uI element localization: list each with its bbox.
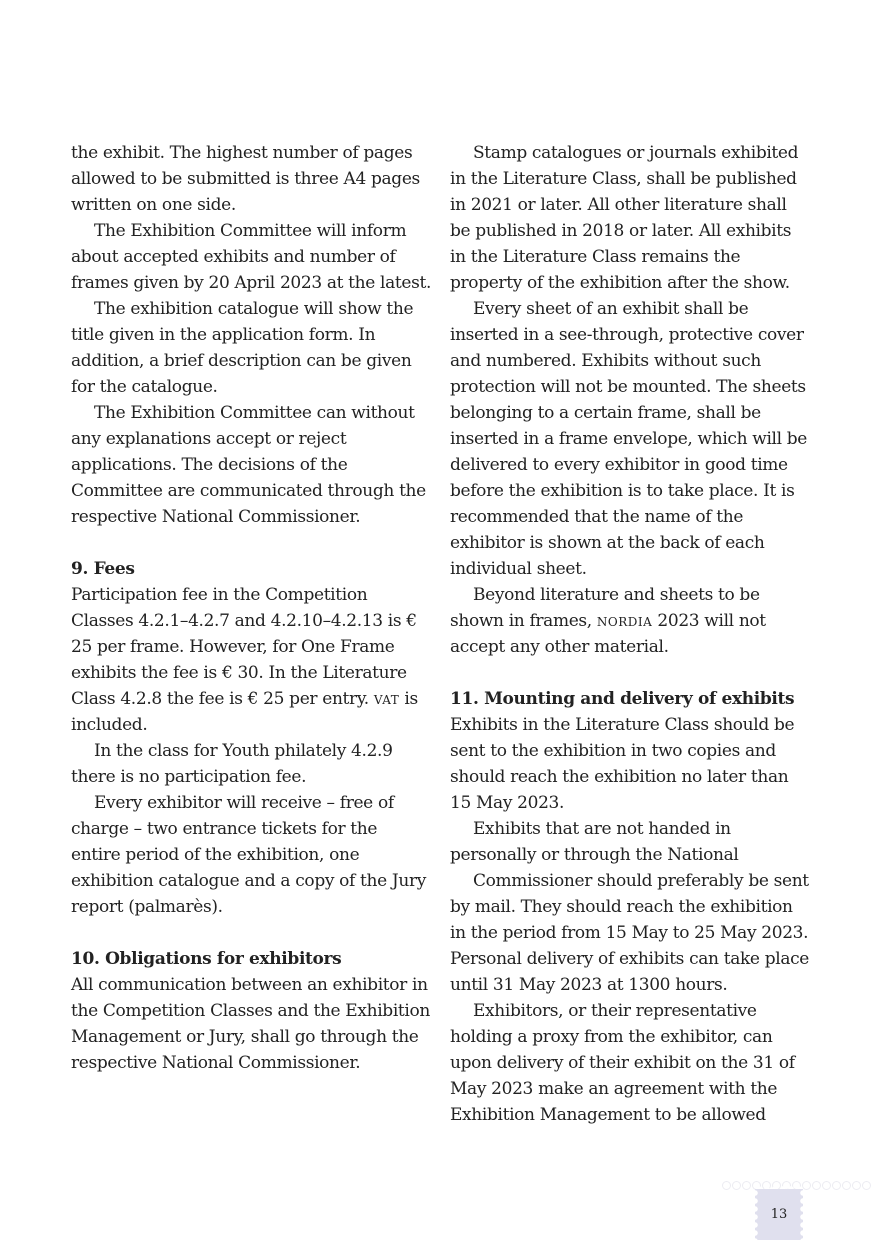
text: Participation fee in the Competition Cla…: [71, 585, 417, 709]
right-column: Stamp catalogues or journals exhibited i…: [450, 140, 810, 1128]
paragraph: Exhibits that are not handed in personal…: [450, 816, 810, 868]
left-column: the exhibit. The highest number of pages…: [71, 140, 431, 1076]
paragraph: Every sheet of an exhibit shall be inser…: [450, 296, 810, 582]
page-number: 13: [771, 1207, 788, 1222]
nordia-name: NORDIA: [597, 611, 652, 631]
page-number-stamp: 13: [755, 1189, 803, 1240]
section-heading-mounting: 11. Mounting and delivery of exhibits: [450, 686, 810, 712]
paragraph: Exhibits in the Literature Class should …: [450, 712, 810, 816]
paragraph: Stamp catalogues or journals exhibited i…: [450, 140, 810, 296]
paragraph: Commissioner should preferably be sent b…: [450, 868, 810, 998]
paragraph: The exhibition catalogue will show the t…: [71, 296, 431, 400]
paragraph: Every exhibitor will receive – free of c…: [71, 790, 431, 920]
section-heading-fees: 9. Fees: [71, 556, 431, 582]
paragraph: Exhibitors, or their representative hold…: [450, 998, 810, 1128]
paragraph: All communication between an exhibitor i…: [71, 972, 431, 1076]
paragraph: the exhibit. The highest number of pages…: [71, 140, 431, 218]
paragraph: In the class for Youth philately 4.2.9 t…: [71, 738, 431, 790]
paragraph: The Exhibition Committee will inform abo…: [71, 218, 431, 296]
paragraph: Beyond literature and sheets to be shown…: [450, 582, 810, 660]
section-heading-obligations: 10. Obligations for exhibitors: [71, 946, 431, 972]
paragraph: Participation fee in the Competition Cla…: [71, 582, 431, 738]
paragraph: The Exhibition Committee can without any…: [71, 400, 431, 530]
vat-abbrev: VAT: [374, 689, 399, 709]
